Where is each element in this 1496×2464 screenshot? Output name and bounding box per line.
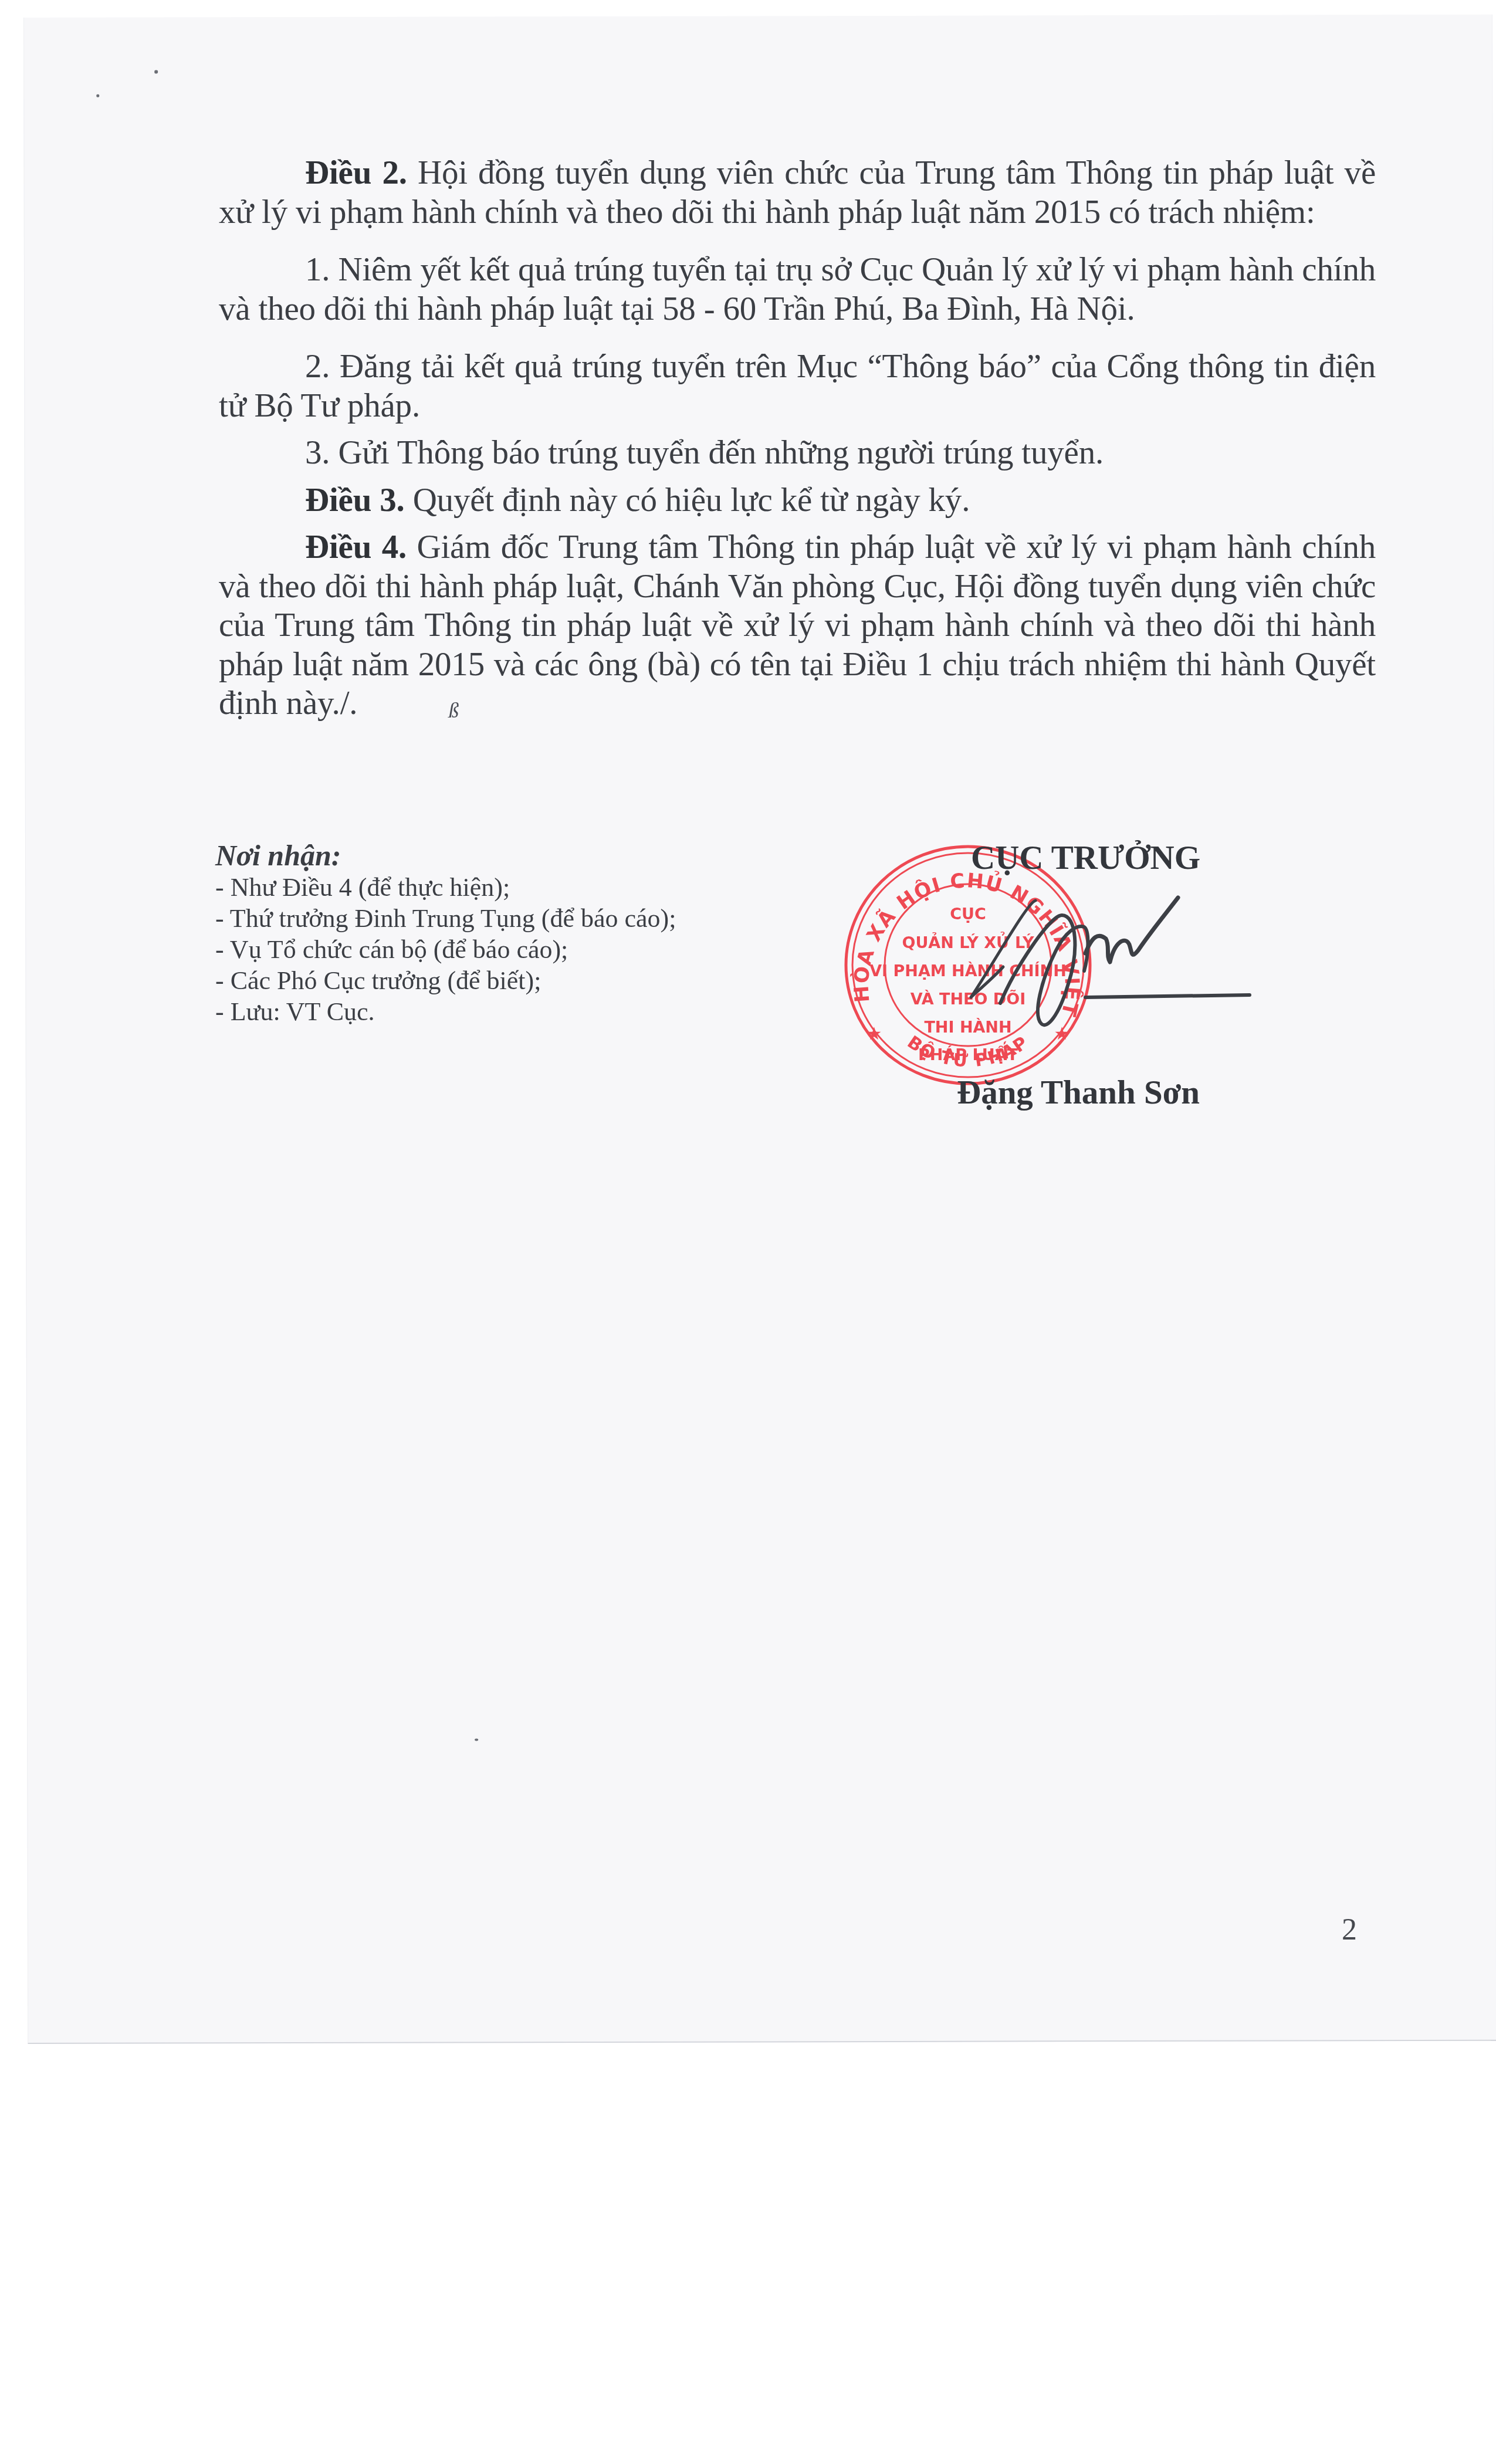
article-4: Điều 4. Giám đốc Trung tâm Thông tin phá…	[219, 528, 1376, 730]
recipients-title: Nơi nhận:	[215, 839, 743, 872]
article-2-item-3: 3. Gửi Thông báo trúng tuyển đến những n…	[219, 434, 1376, 473]
article-2-item-2: 2. Đăng tải kết quả trúng tuyển trên Mục…	[219, 347, 1376, 425]
article-text: Quyết định này có hiệu lực kể từ ngày ký…	[405, 482, 970, 519]
signer-title: CỤC TRƯỞNG	[971, 841, 1200, 876]
article-2: Điều 2. Hội đồng tuyển dụng viên chức củ…	[219, 154, 1376, 232]
article-label: Điều 2.	[305, 154, 407, 191]
scan-speck	[475, 1738, 478, 1741]
recipients-list: - Như Điều 4 (để thực hiện); - Thứ trưởn…	[215, 872, 743, 1027]
signer-name: Đặng Thanh Sơn	[957, 1075, 1200, 1111]
article-text: 2. Đăng tải kết quả trúng tuyển trên Mục…	[219, 348, 1376, 424]
scan-speck	[96, 94, 99, 97]
seal-star-left: ★	[867, 1024, 882, 1044]
article-3: Điều 3. Quyết định này có hiệu lực kể từ…	[219, 481, 1376, 520]
document-body: Điều 2. Hội đồng tuyển dụng viên chức củ…	[219, 154, 1376, 730]
initial-mark: ß	[362, 691, 459, 730]
handwritten-signature	[939, 880, 1291, 1056]
article-label: Điều 3.	[305, 482, 405, 519]
article-text: 1. Niêm yết kết quả trúng tuyển tại trụ …	[219, 251, 1376, 327]
page-number: 2	[1342, 1913, 1357, 1947]
article-text: 3. Gửi Thông báo trúng tuyển đến những n…	[305, 434, 1104, 471]
recipient-item: - Các Phó Cục trưởng (để biết);	[215, 965, 743, 996]
recipients-block: Nơi nhận: - Như Điều 4 (để thực hiện); -…	[215, 839, 743, 1027]
recipient-item: - Thứ trưởng Đinh Trung Tụng (để báo cáo…	[215, 903, 743, 934]
article-2-item-1: 1. Niêm yết kết quả trúng tuyển tại trụ …	[219, 251, 1376, 329]
scan-speck	[154, 70, 158, 74]
recipient-item: - Vụ Tổ chức cán bộ (để báo cáo);	[215, 934, 743, 965]
recipient-item: - Lưu: VT Cục.	[215, 996, 743, 1027]
article-label: Điều 4.	[305, 529, 407, 566]
recipient-item: - Như Điều 4 (để thực hiện);	[215, 872, 743, 903]
